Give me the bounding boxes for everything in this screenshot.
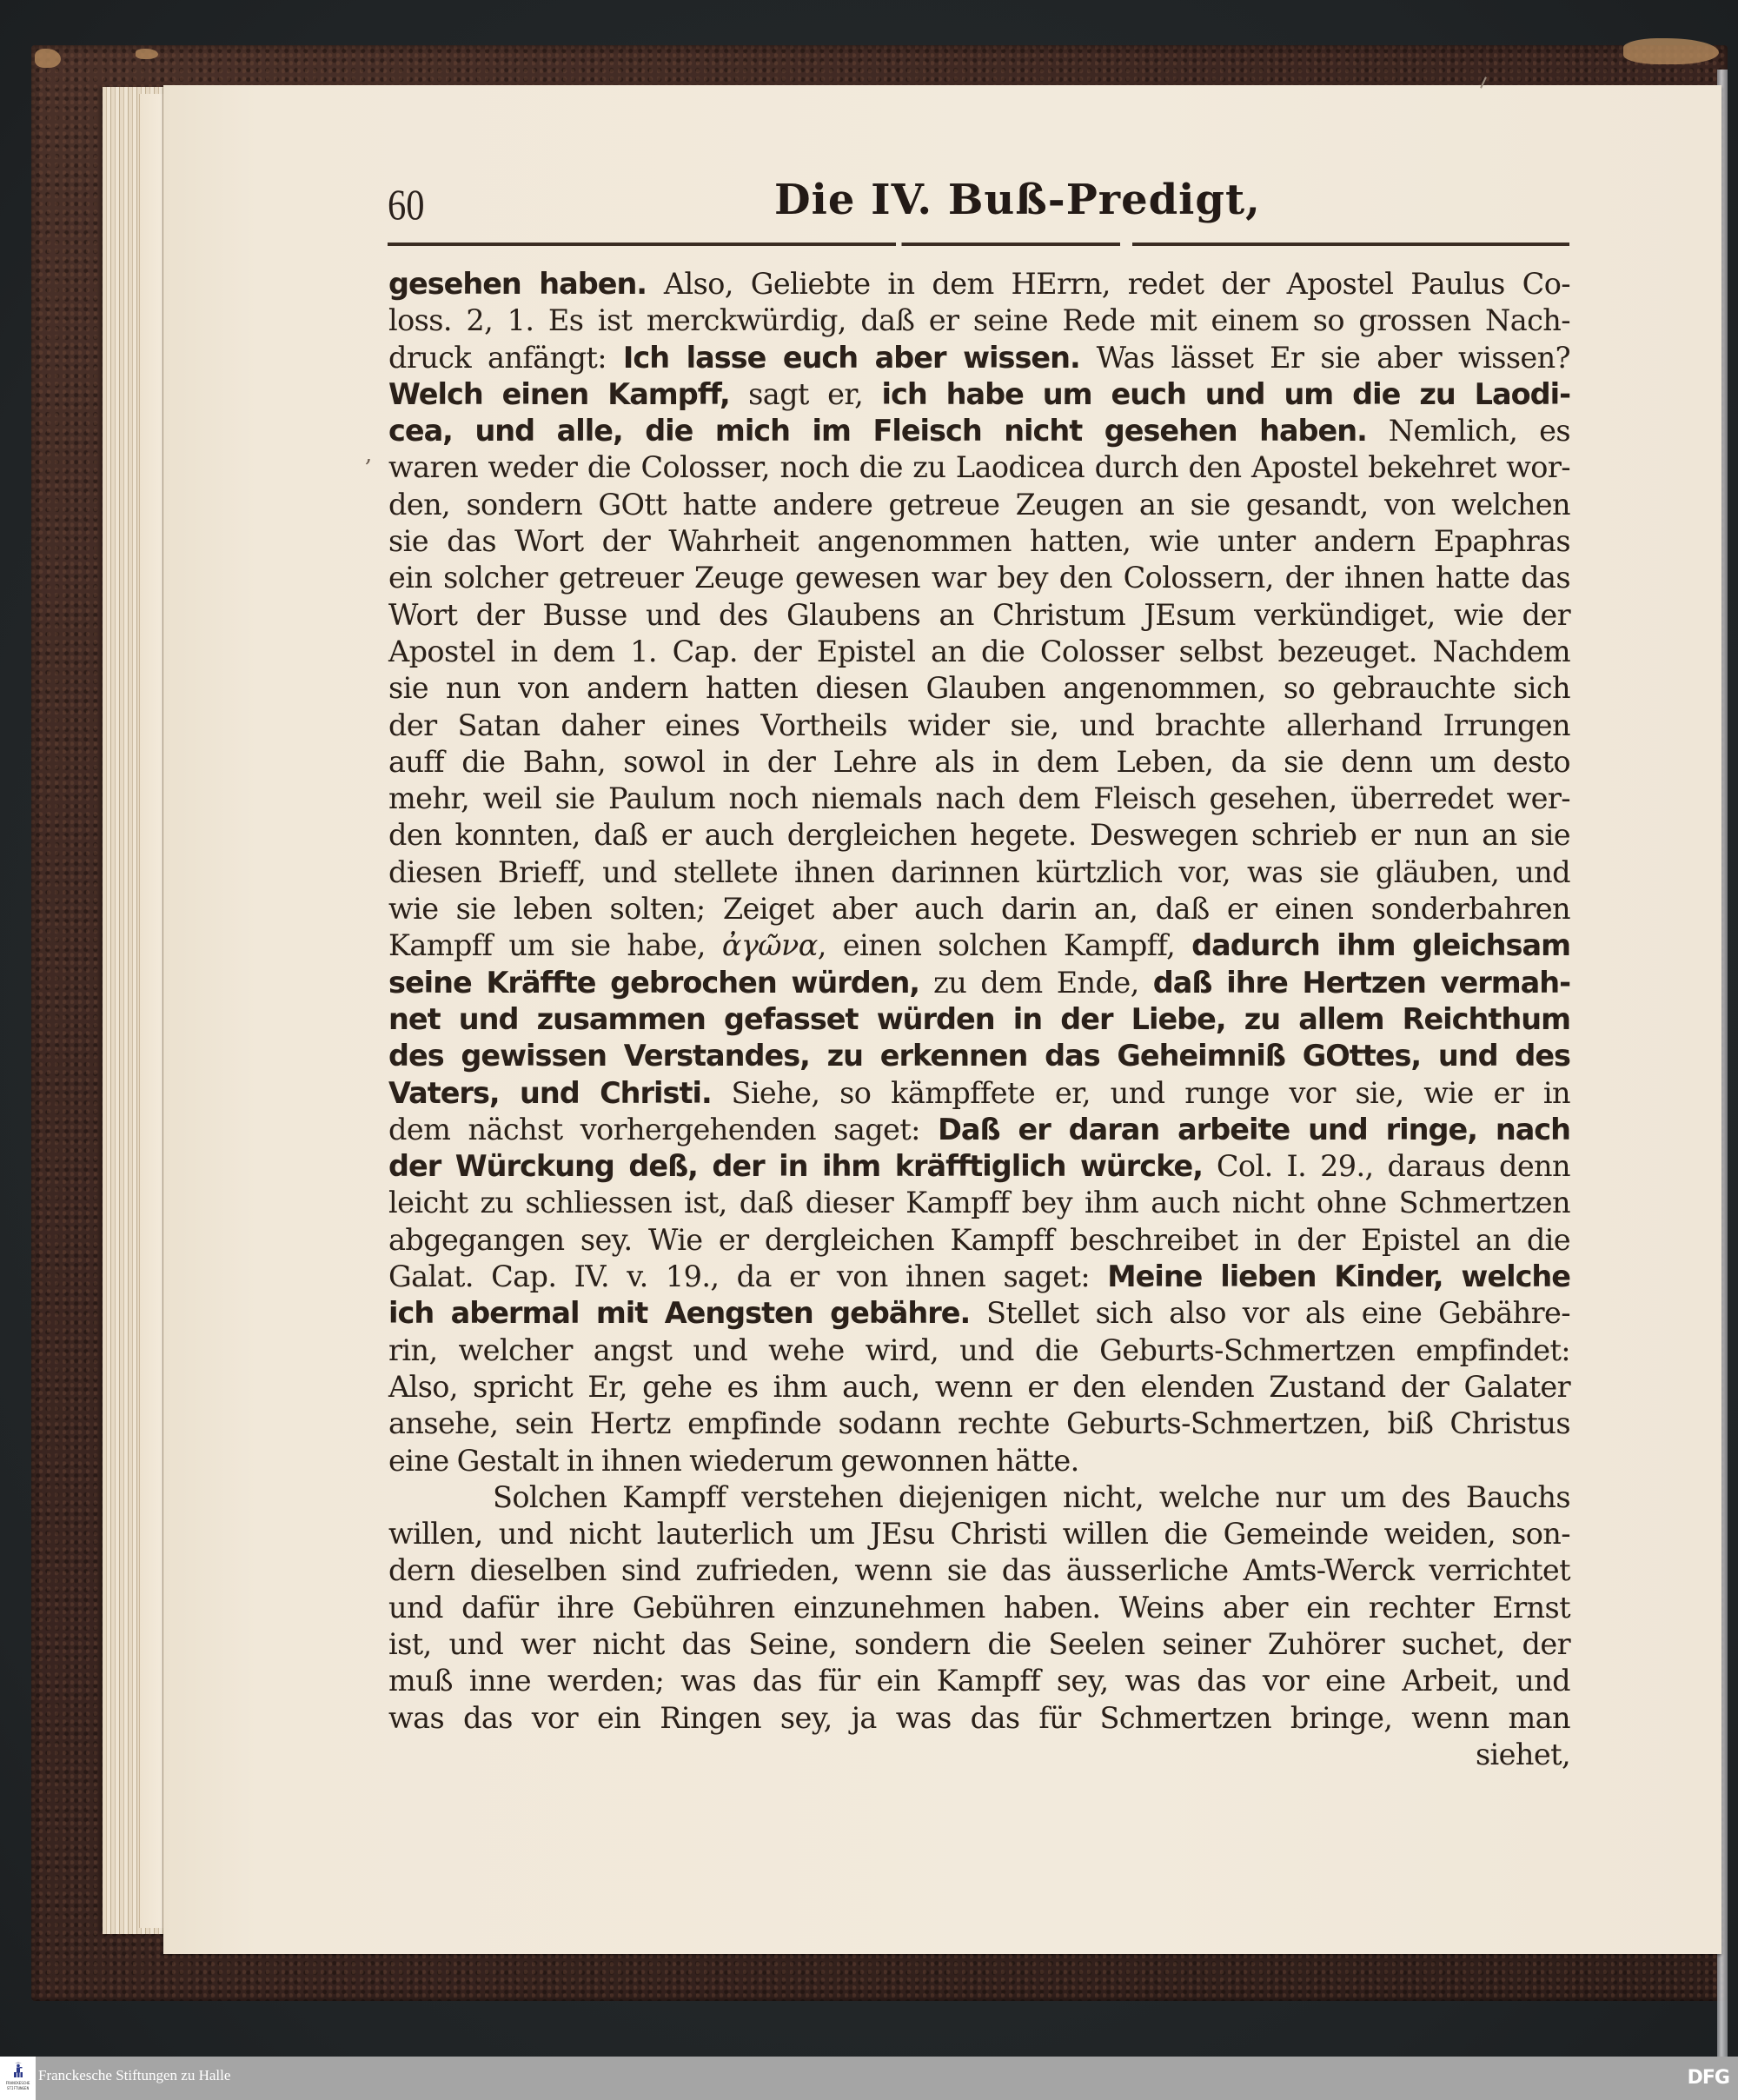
text-segment: muß inne werden; was das für ein Kampff … <box>388 1664 1570 1698</box>
emphasized-text: ich abermal mit Aengsten gebähre. <box>388 1296 970 1330</box>
text-segment: und dafür ihre Gebühren einzunehmen habe… <box>388 1591 1570 1625</box>
page-stack-edge <box>139 94 163 1928</box>
text-segment: den, sondern GOtt hatte andere getreue Z… <box>388 488 1570 522</box>
text-segment: Col. I. 29., daraus denn <box>1203 1149 1570 1183</box>
text-segment: zu dem Ende, <box>919 966 1153 1000</box>
statue-icon <box>12 2062 24 2079</box>
text-segment: Galat. Cap. IV. v. 19., da er von ihnen … <box>388 1259 1107 1293</box>
logo-caption-line-2: STIFTUNGEN <box>1 2086 35 2091</box>
text-line: net und zusammen gefasset würden in der … <box>388 1001 1570 1038</box>
text-line: ist, und wer nicht das Seine, sondern di… <box>388 1626 1570 1663</box>
text-segment: Wort der Busse und des Glaubens an Chris… <box>388 598 1570 632</box>
text-segment: was das vor ein Ringen sey, ja was das f… <box>388 1701 1570 1735</box>
dfg-logo[interactable]: DFG <box>1688 2067 1729 2089</box>
text-line: Kampff um sie habe, ἀγῶνα, einen solchen… <box>388 927 1570 964</box>
emphasized-text: dadurch ihm gleichsam <box>1191 928 1570 962</box>
emphasized-text: Vaters, und Christi. <box>388 1076 712 1110</box>
text-line: gesehen haben. Also, Geliebte in dem HEr… <box>388 266 1570 302</box>
text-line: dern dieselben sind zufrieden, wenn sie … <box>388 1552 1570 1589</box>
text-line: waren weder die Colosser, noch die zu La… <box>388 449 1570 486</box>
emphasized-text: seine Kräffte gebrochen würden, <box>388 966 919 1000</box>
text-line: des gewissen Verstandes, zu erkennen das… <box>388 1038 1570 1074</box>
footer-bar: FRANCKESCHE STIFTUNGEN Franckesche Stift… <box>0 2057 1738 2100</box>
text-line: ansehe, sein Hertz empfinde sodann recht… <box>388 1406 1570 1442</box>
text-segment: wie sie leben solten; Zeiget aber auch d… <box>388 892 1570 926</box>
text-segment: Also, Geliebte in dem HErrn, redet der A… <box>647 267 1570 301</box>
text-line: was das vor ein Ringen sey, ja was das f… <box>388 1700 1570 1737</box>
cover-wear-mark <box>136 49 158 59</box>
page-number: 60 <box>388 179 425 229</box>
text-segment: Apostel in dem 1. Cap. der Epistel an di… <box>388 635 1570 668</box>
margin-mark: , <box>365 442 372 468</box>
text-line: eine Gestalt in ihnen wiederum gewonnen … <box>388 1443 1570 1479</box>
text-segment: eine Gestalt in ihnen wiederum gewonnen … <box>388 1444 1079 1478</box>
text-segment: Nemlich, es <box>1367 414 1570 448</box>
emphasized-text: daß ihre Hertzen vermah- <box>1153 966 1570 1000</box>
text-segment: sie das Wort der Wahrheit angenommen hat… <box>388 524 1570 558</box>
text-segment: Solchen Kampff verstehen diejenigen nich… <box>493 1480 1570 1514</box>
text-segment: auff die Bahn, sowol in der Lehre als in… <box>388 745 1570 779</box>
text-line: diesen Brieff, und stellete ihnen darinn… <box>388 854 1570 891</box>
text-line: den konnten, daß er auch dergleichen heg… <box>388 817 1570 854</box>
text-segment: rin, welcher angst und wehe wird, und di… <box>388 1333 1570 1367</box>
text-segment: diesen Brieff, und stellete ihnen darinn… <box>388 855 1570 889</box>
text-segment: ist, und wer nicht das Seine, sondern di… <box>388 1627 1570 1661</box>
text-line: und dafür ihre Gebühren einzunehmen habe… <box>388 1590 1570 1626</box>
text-line: Wort der Busse und des Glaubens an Chris… <box>388 597 1570 634</box>
emphasized-text: gesehen haben. <box>388 267 647 301</box>
text-segment: Siehe, so kämpffete er, und runge vor si… <box>712 1076 1570 1110</box>
text-segment: der Satan daher eines Vortheils wider si… <box>388 708 1570 742</box>
text-segment: dern dieselben sind zufrieden, wenn sie … <box>388 1553 1570 1587</box>
text-segment: Kampff um sie habe, <box>388 928 722 962</box>
emphasized-text: net und zusammen gefasset würden in der … <box>388 1002 1570 1036</box>
catchword: siehet, <box>388 1737 1570 1773</box>
text-segment: dem nächst vorhergehenden saget: <box>388 1113 938 1146</box>
text-segment: waren weder die Colosser, noch die zu La… <box>388 450 1570 484</box>
emphasized-text: der Würckung deß, der in ihm kräfftiglic… <box>388 1149 1203 1183</box>
emphasized-text: ich habe um euch und um die zu Laodi- <box>882 377 1570 411</box>
cover-wear-mark <box>35 49 61 68</box>
text-line: den, sondern GOtt hatte andere getreue Z… <box>388 487 1570 523</box>
text-segment: ansehe, sein Hertz empfinde sodann recht… <box>388 1406 1570 1440</box>
greek-word: ἀγῶνα <box>722 928 818 962</box>
text-segment: Also, spricht Er, gehe es ihm auch, wenn… <box>388 1370 1570 1404</box>
text-line: willen, und nicht lauterlich um JEsu Chr… <box>388 1516 1570 1552</box>
body-text: gesehen haben. Also, Geliebte in dem HEr… <box>388 266 1570 1773</box>
cover-wear-mark <box>1623 38 1719 64</box>
text-line: druck anfängt: Ich lasse euch aber wisse… <box>388 340 1570 376</box>
text-segment: willen, und nicht lauterlich um JEsu Chr… <box>388 1517 1570 1551</box>
institution-logo[interactable]: FRANCKESCHE STIFTUNGEN <box>0 2057 36 2100</box>
text-line: sie nun von andern hatten diesen Glauben… <box>388 670 1570 707</box>
text-segment: leicht zu schliessen ist, daß dieser Kam… <box>388 1186 1570 1219</box>
logo-caption: FRANCKESCHE STIFTUNGEN <box>1 2081 35 2091</box>
text-line: muß inne werden; was das für ein Kampff … <box>388 1663 1570 1699</box>
emphasized-text: Daß er daran arbeite und ringe, nach <box>938 1113 1570 1146</box>
text-segment: sie nun von andern hatten diesen Glauben… <box>388 671 1570 705</box>
emphasized-text: Meine lieben Kinder, welche <box>1107 1259 1570 1293</box>
text-line: ein solcher getreuer Zeuge gewesen war b… <box>388 560 1570 596</box>
text-segment: Was lässet Er sie aber wissen? <box>1080 341 1570 375</box>
text-segment: , einen solchen Kampff, <box>818 928 1191 962</box>
text-line: wie sie leben solten; Zeiget aber auch d… <box>388 891 1570 927</box>
text-segment: sagt er, <box>730 377 882 411</box>
text-line: dem nächst vorhergehenden saget: Daß er … <box>388 1112 1570 1148</box>
text-line: cea, und alle, die mich im Fleisch nicht… <box>388 413 1570 449</box>
emphasized-text: Welch einen Kampff, <box>388 377 730 411</box>
text-line: auff die Bahn, sowol in der Lehre als in… <box>388 744 1570 781</box>
text-line: Welch einen Kampff, sagt er, ich habe um… <box>388 376 1570 413</box>
header-rule <box>388 243 1569 246</box>
text-line: Galat. Cap. IV. v. 19., da er von ihnen … <box>388 1259 1570 1295</box>
text-line: der Satan daher eines Vortheils wider si… <box>388 708 1570 744</box>
institution-name: Franckesche Stiftungen zu Halle <box>38 2067 230 2084</box>
text-segment: druck anfängt: <box>388 341 623 375</box>
text-line: abgegangen sey. Wie er dergleichen Kampf… <box>388 1222 1570 1259</box>
emphasized-text: cea, und alle, die mich im Fleisch nicht… <box>388 414 1367 448</box>
text-line: mehr, weil sie Paulum noch niemals nach … <box>388 781 1570 817</box>
emphasized-text: Ich lasse euch aber wissen. <box>623 341 1080 375</box>
text-line: der Würckung deß, der in ihm kräfftiglic… <box>388 1148 1570 1185</box>
page-header: 60 Die IV. Buß-Predigt, <box>388 174 1569 235</box>
text-line: Vaters, und Christi. Siehe, so kämpffete… <box>388 1075 1570 1112</box>
text-line: leicht zu schliessen ist, daß dieser Kam… <box>388 1185 1570 1221</box>
running-title: Die IV. Buß-Predigt, <box>774 176 1261 224</box>
text-segment: den konnten, daß er auch dergleichen heg… <box>388 818 1570 852</box>
text-line: Also, spricht Er, gehe es ihm auch, wenn… <box>388 1369 1570 1406</box>
text-line: rin, welcher angst und wehe wird, und di… <box>388 1332 1570 1369</box>
emphasized-text: des gewissen Verstandes, zu erkennen das… <box>388 1039 1570 1073</box>
text-line: ich abermal mit Aengsten gebähre. Stelle… <box>388 1295 1570 1332</box>
text-segment: abgegangen sey. Wie er dergleichen Kampf… <box>388 1223 1570 1257</box>
text-segment: Stellet sich also vor als eine Gebähre- <box>970 1296 1570 1330</box>
text-segment: mehr, weil sie Paulum noch niemals nach … <box>388 781 1570 815</box>
text-segment: ein solcher getreuer Zeuge gewesen war b… <box>388 561 1570 595</box>
text-line: Apostel in dem 1. Cap. der Epistel an di… <box>388 634 1570 670</box>
text-line: Solchen Kampff verstehen diejenigen nich… <box>388 1479 1570 1516</box>
text-line: seine Kräffte gebrochen würden, zu dem E… <box>388 965 1570 1001</box>
text-segment: loss. 2, 1. Es ist merckwürdig, daß er s… <box>388 303 1570 337</box>
text-line: sie das Wort der Wahrheit angenommen hat… <box>388 523 1570 560</box>
text-line: loss. 2, 1. Es ist merckwürdig, daß er s… <box>388 302 1570 339</box>
